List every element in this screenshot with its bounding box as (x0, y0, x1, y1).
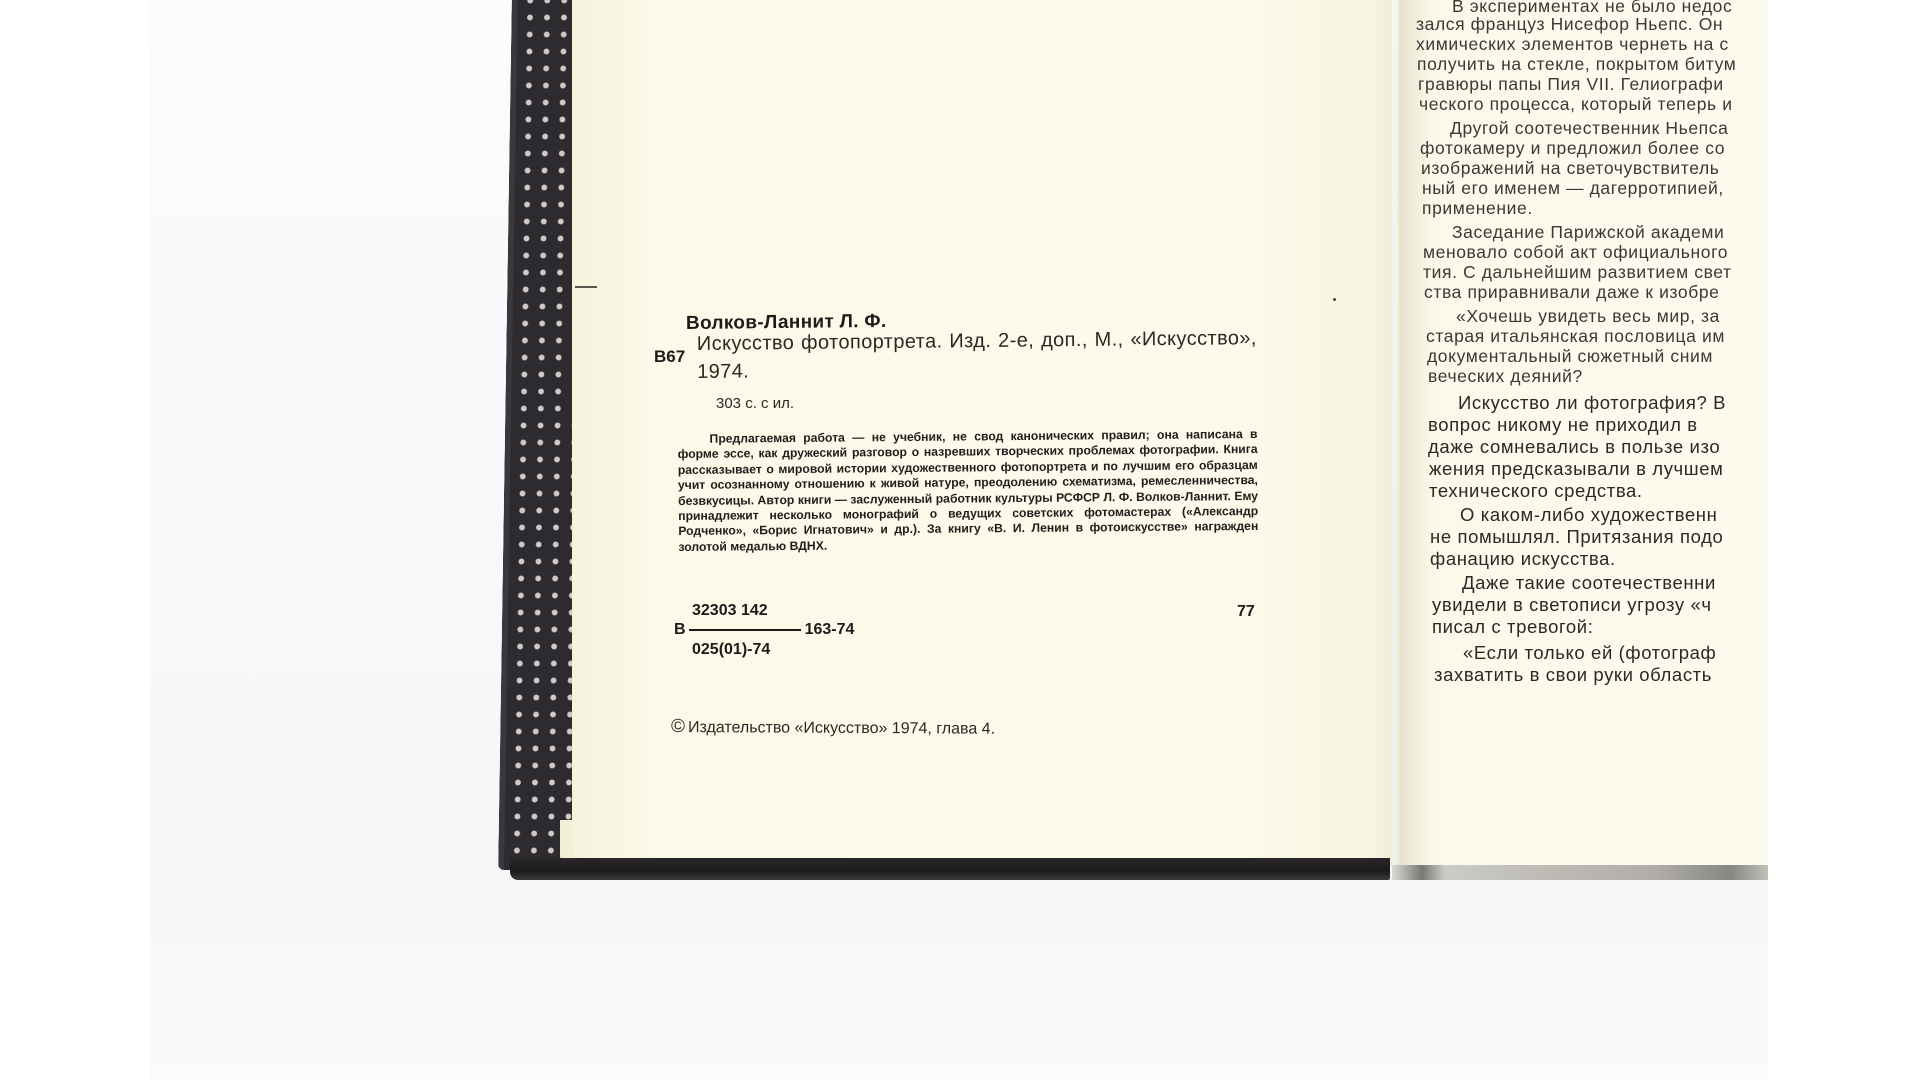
body-text-line: не помышлял. Притязания подо (1430, 526, 1723, 548)
body-text-line: меновало собой акт официального (1423, 242, 1728, 263)
book-cover-bottom-edge (510, 858, 1390, 880)
index-code-numerator: 32303 142 (692, 602, 768, 620)
body-text-line: увидели в светописи угрозу «ч (1432, 594, 1712, 616)
body-text-line: зался француз Нисефор Ньепс. Он (1416, 14, 1723, 35)
body-text-line: технического средства. (1429, 480, 1643, 502)
body-text-line: ства приравнивали даже к изобре (1424, 282, 1720, 303)
page-fold-mark (575, 286, 597, 288)
book-annotation: Предлагаемая работа — не учебник, не сво… (677, 427, 1258, 555)
copyright-icon: © (671, 716, 685, 737)
copyright-line: ©Издательство «Искусство» 1974, глава 4. (671, 716, 995, 740)
index-code-suffix: 163-74 (805, 621, 855, 639)
body-text-line: гравюры папы Пия VII. Гелиографи (1418, 74, 1724, 95)
library-shelf-code: В67 (654, 347, 685, 367)
body-text-line: жения предсказывали в лучшем (1429, 458, 1723, 480)
annotation-text: Предлагаемая работа — не учебник, не сво… (678, 427, 1259, 554)
body-text-line: О каком-либо художественн (1430, 504, 1717, 526)
udc-code: 77 (1237, 603, 1255, 621)
body-text-line: «Если только ей (фотограф (1433, 642, 1716, 664)
page-count: 303 с. с ил. (716, 395, 794, 412)
index-code-prefix: В (674, 621, 686, 639)
body-text-line: химических элементов чернеть на с (1416, 34, 1729, 55)
body-text-line: вопрос никому не приходил в (1428, 414, 1698, 436)
index-code-row: В 163-74 (674, 621, 854, 639)
copyright-text: Издательство «Искусство» 1974, глава 4. (688, 719, 995, 738)
white-margin-right (1768, 0, 1920, 1080)
body-text-line: Другой соотечественник Ньепса (1420, 118, 1728, 139)
body-text-line: ческого процесса, который теперь и (1419, 94, 1733, 115)
body-text-line: «Хочешь увидеть весь мир, за (1426, 306, 1720, 327)
white-margin-left (0, 0, 150, 1080)
body-text-line: даже сомневались в пользе изо (1428, 436, 1720, 458)
body-text-line: изображений на светочувствитель (1421, 158, 1719, 179)
right-page-body-text: В экспериментах не было недосзался франц… (1414, 0, 1774, 736)
body-text-line: фотокамеру и предложил более со (1420, 138, 1725, 159)
body-text-line: тия. С дальнейшим развитием свет (1423, 262, 1732, 283)
body-text-line: применение. (1422, 198, 1533, 219)
body-text-line: старая итальянская пословица им (1426, 326, 1725, 347)
body-text-line: веческих деяний? (1428, 366, 1583, 387)
book-title-edition: Искусство фотопортрета. Изд. 2-е, доп., … (697, 324, 1258, 386)
book-cover-bottom-edge-right (1392, 865, 1768, 880)
body-text-line: Искусство ли фотография? В (1428, 392, 1726, 414)
body-text-line: документальный сюжетный сним (1427, 346, 1713, 367)
index-code-denominator: 025(01)-74 (692, 641, 770, 659)
body-text-line: Заседание Парижской академи (1422, 222, 1724, 243)
body-text-line: получить на стекле, покрытом битум (1417, 54, 1736, 75)
body-text-line: фанацию искусства. (1430, 548, 1616, 570)
body-text-line: захватить в свои руки область (1434, 664, 1712, 686)
fraction-bar (689, 629, 801, 631)
body-text-line: ный его именем — дагерротипией, (1422, 178, 1724, 199)
body-text-line: писал с тревогой: (1432, 616, 1593, 638)
body-text-line: Даже такие соотечественни (1432, 572, 1716, 594)
